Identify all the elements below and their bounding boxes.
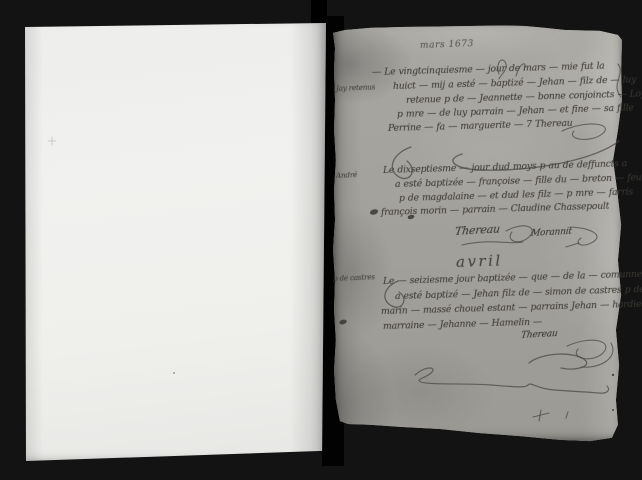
- signature: Thereau: [454, 223, 501, 238]
- margin-note-1: Jay retenus: [336, 82, 375, 93]
- margin-note-2: André: [336, 170, 357, 180]
- month-heading-avril: avril: [456, 251, 503, 271]
- left-blank-page: [25, 23, 326, 461]
- month-heading-mars: mars 1673: [420, 39, 474, 51]
- signature: Thereau: [520, 329, 558, 341]
- margin-note-3: p de castres: [333, 272, 375, 283]
- scanned-book-spread: mars 1673 — Le vingtcinquiesme — jour de…: [0, 0, 642, 480]
